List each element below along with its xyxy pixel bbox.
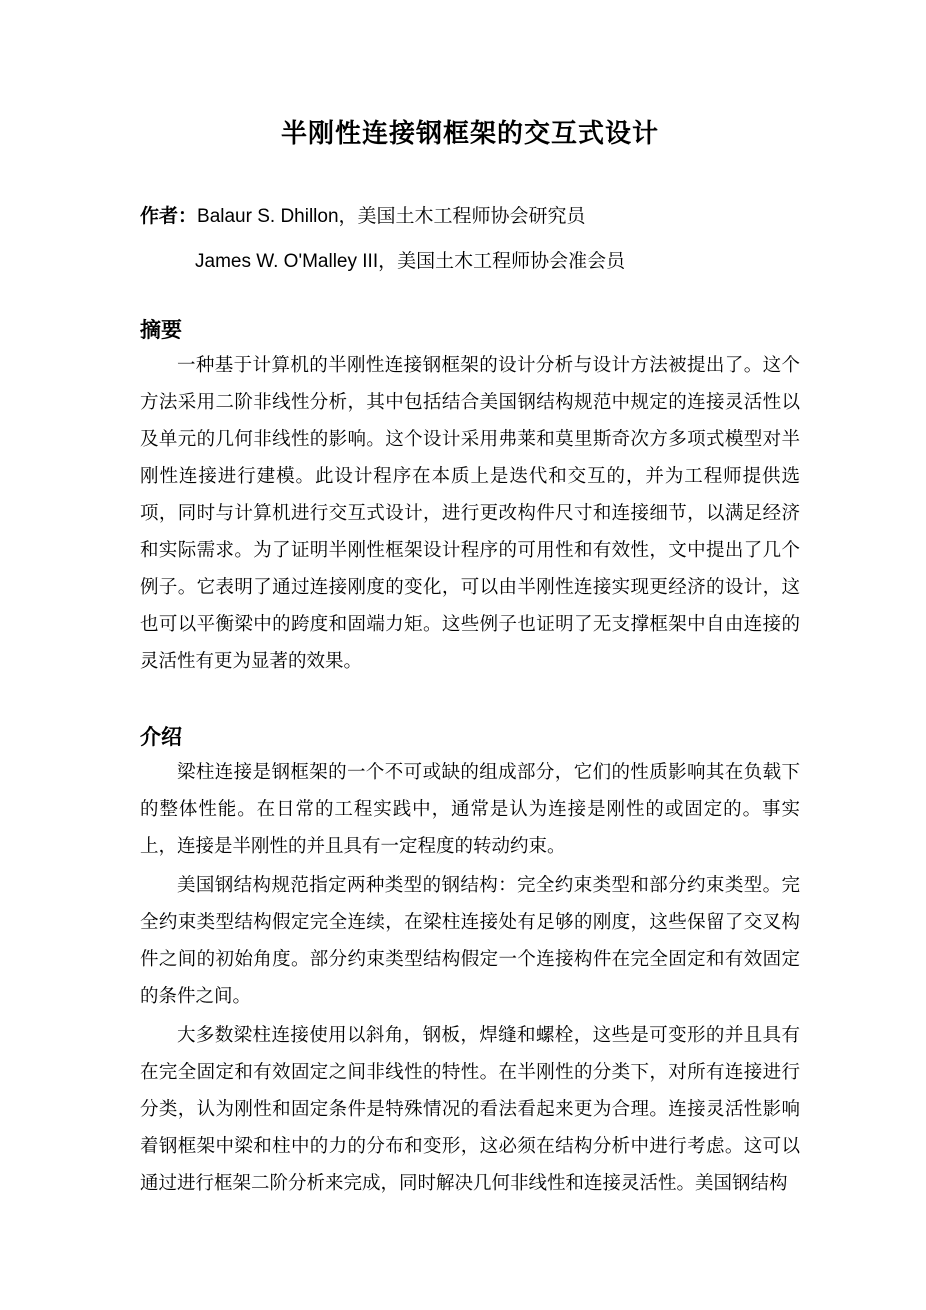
author-line-2-text: James W. O'Malley III，美国土木工程师协会准会员 <box>195 251 625 272</box>
abstract-paragraph: 一种基于计算机的半刚性连接钢框架的设计分析与设计方法被提出了。这个方法采用二阶非… <box>140 346 800 679</box>
abstract-heading: 摘要 <box>140 318 800 344</box>
author-line-1: 作者：Balaur S. Dhillon，美国土木工程师协会研究员 <box>140 194 800 239</box>
authors-block: 作者：Balaur S. Dhillon，美国土木工程师协会研究员 James … <box>140 194 800 284</box>
document-page: 半刚性连接钢框架的交互式设计 作者：Balaur S. Dhillon，美国土木… <box>0 0 926 1310</box>
author-label: 作者： <box>140 206 197 227</box>
author-line-2: James W. O'Malley III，美国土木工程师协会准会员 <box>140 239 800 284</box>
introduction-paragraph-2: 美国钢结构规范指定两种类型的钢结构：完全约束类型和部分约束类型。完全约束类型结构… <box>140 866 800 1014</box>
introduction-heading: 介绍 <box>140 725 800 751</box>
introduction-paragraph-3: 大多数梁柱连接使用以斜角，钢板，焊缝和螺栓，这些是可变形的并且具有在完全固定和有… <box>140 1016 800 1201</box>
doc-title: 半刚性连接钢框架的交互式设计 <box>140 118 800 148</box>
author-line-1-text: Balaur S. Dhillon，美国土木工程师协会研究员 <box>197 206 586 227</box>
introduction-paragraph-1: 梁柱连接是钢框架的一个不可或缺的组成部分，它们的性质影响其在负载下的整体性能。在… <box>140 753 800 864</box>
